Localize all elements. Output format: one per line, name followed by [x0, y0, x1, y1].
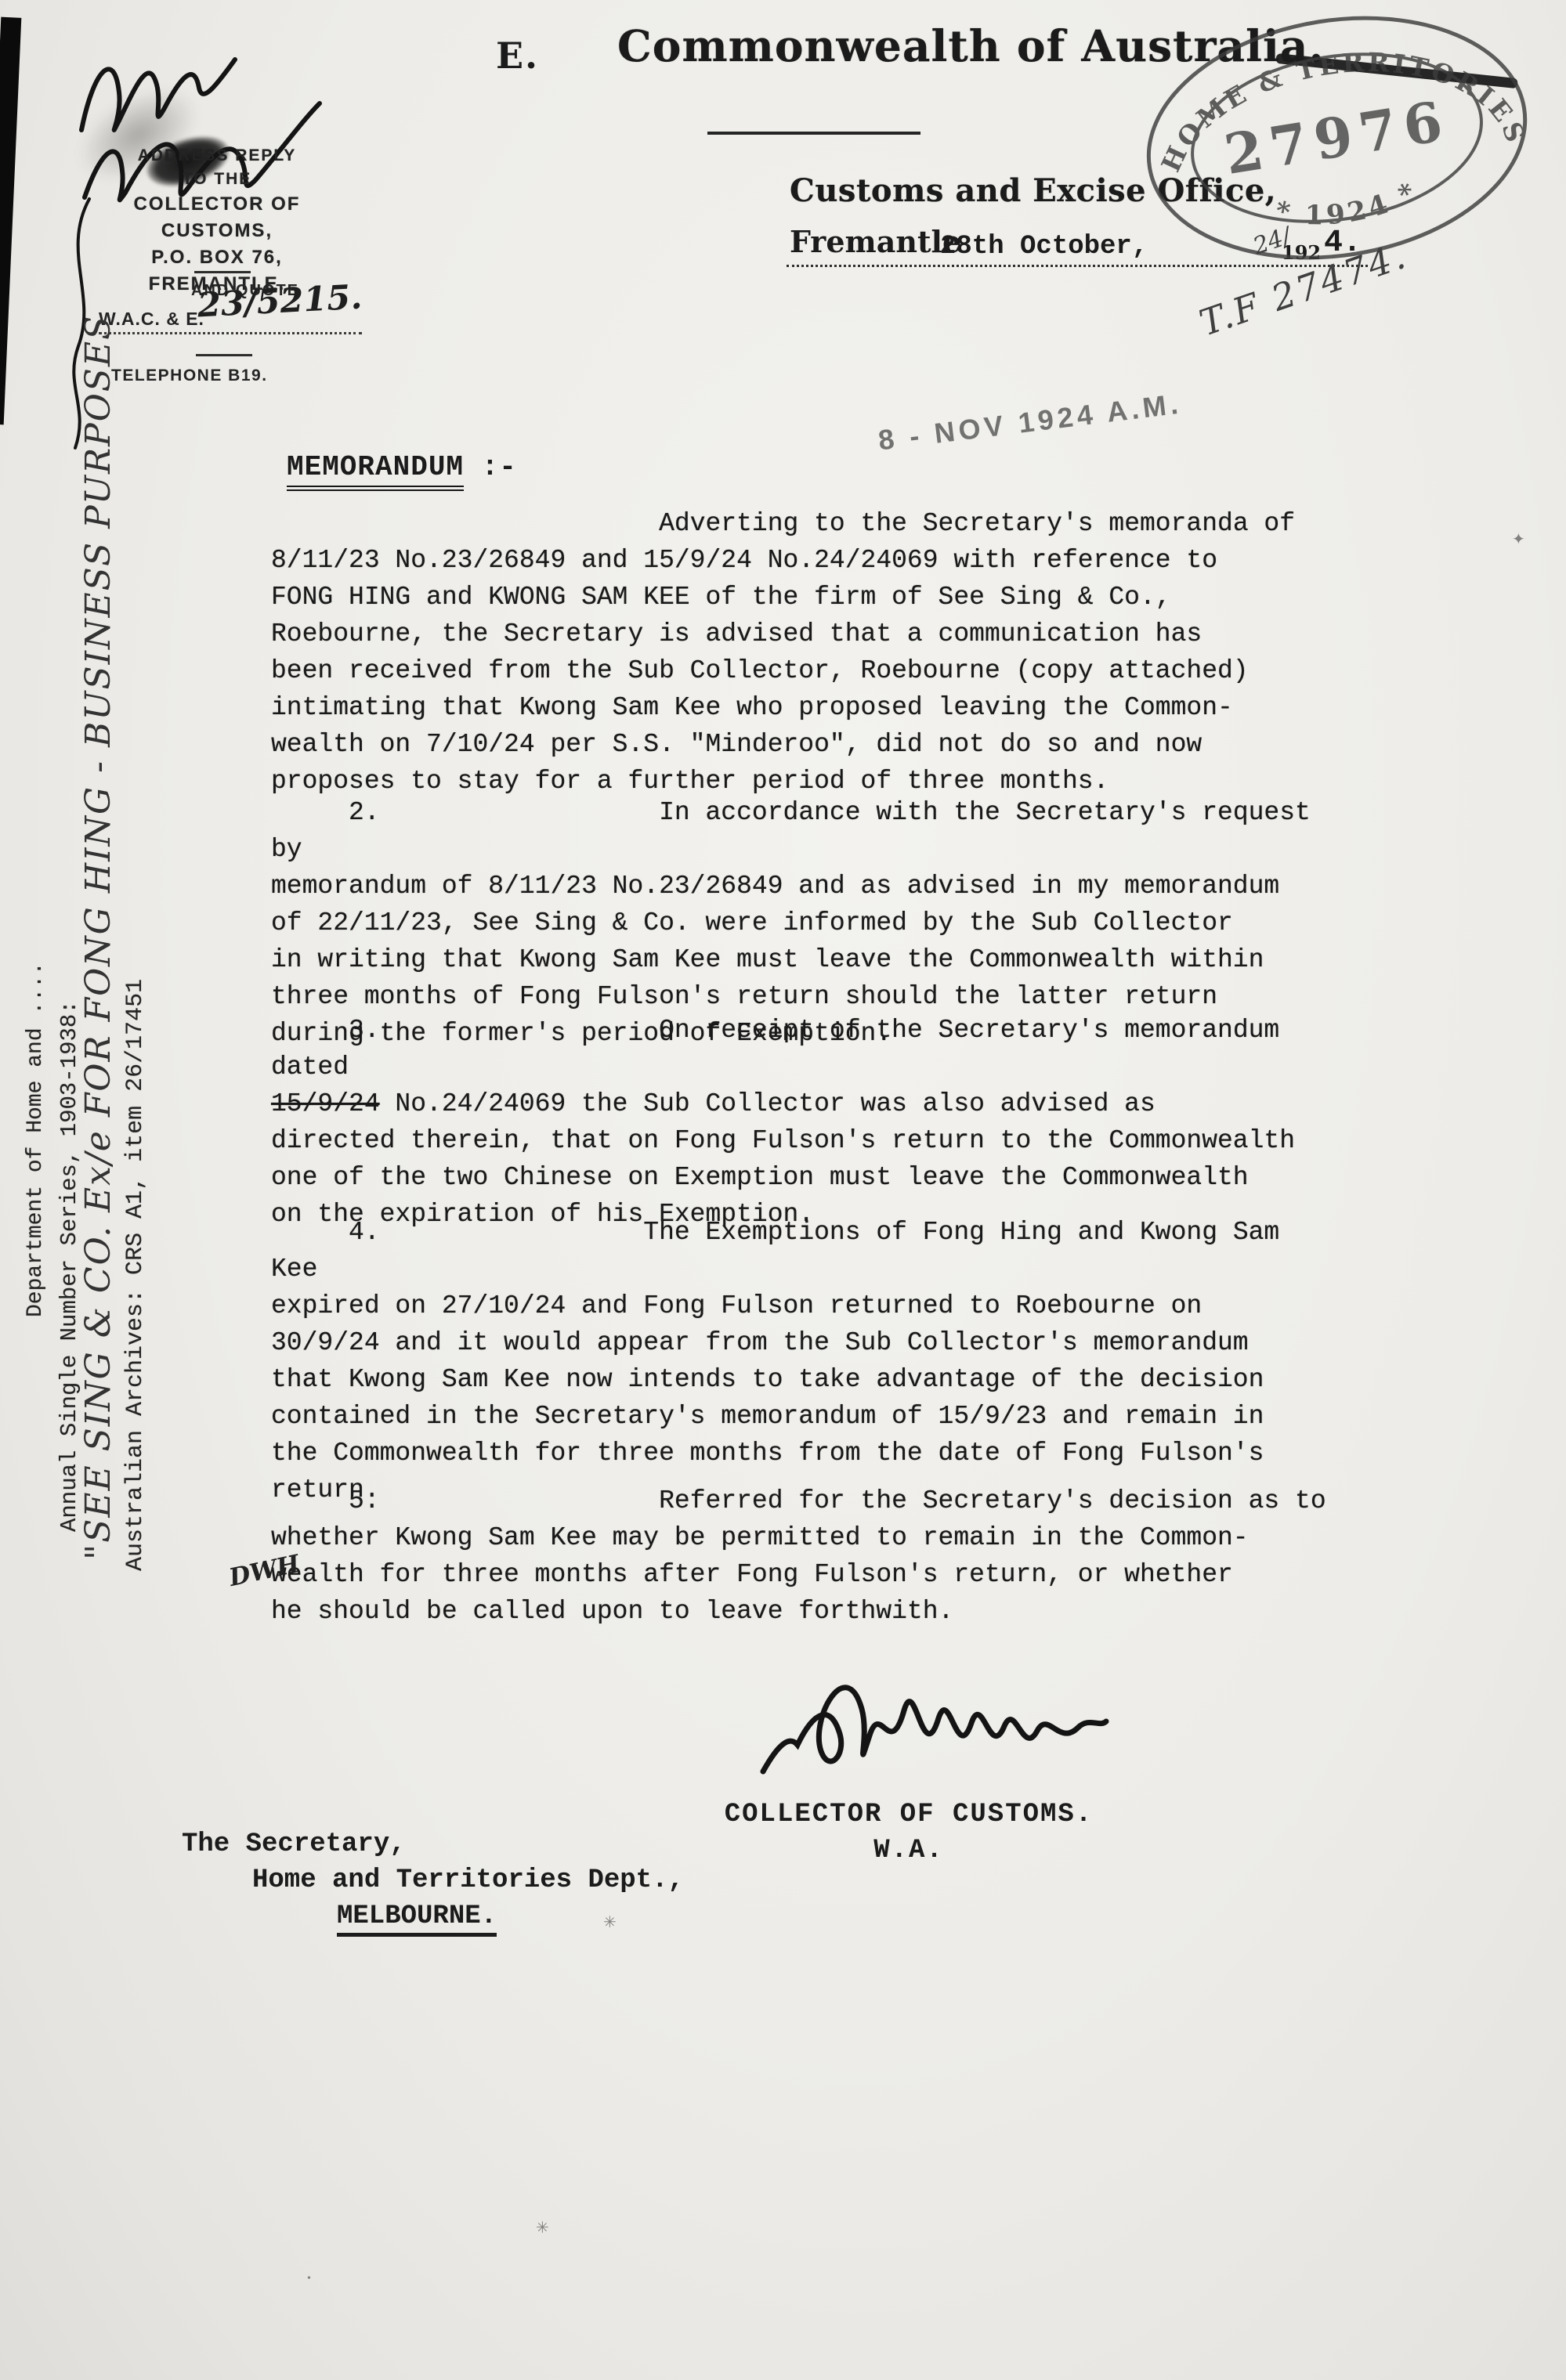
handwritten-quote-number: 23/5215. — [197, 278, 363, 326]
addressee-line-2: Home and Territories Dept., — [252, 1865, 684, 1895]
signature-region: W.A. — [642, 1836, 1175, 1865]
address-reply-line: ADDRESS REPLY — [88, 144, 346, 168]
ink-speck: ✳ — [536, 2218, 549, 2237]
archive-margin-line-1: Department of Home and .... — [24, 962, 48, 1317]
ink-speck: • — [307, 2273, 311, 2285]
addressee-line-3: MELBOURNE. — [337, 1901, 497, 1937]
paragraph-3-rest: No.24/24069 the Sub Collector was also a… — [271, 1089, 1295, 1229]
scan-edge-artifact — [0, 17, 21, 425]
quote-dotted-line — [99, 332, 362, 334]
corner-mark: E. — [496, 34, 539, 77]
paragraph-1: Adverting to the Secretary's memoranda o… — [271, 505, 1352, 800]
addressee-line-1: The Secretary, — [182, 1829, 406, 1859]
archive-margin-line-4: Australian Archives: CRS A1, item 26/174… — [122, 979, 149, 1571]
paragraph-4: 4. The Exemptions of Fong Hing and Kwong… — [271, 1214, 1352, 1508]
place-line: Fremantle — [790, 224, 961, 259]
signature-title: COLLECTOR OF CUSTOMS. — [642, 1800, 1175, 1829]
address-reply-line: P.O. BOX 76, — [88, 244, 346, 271]
telephone-line: TELEPHONE B19. — [111, 367, 268, 385]
address-reply-line: COLLECTOR OF CUSTOMS, — [88, 191, 346, 244]
scanned-memorandum-page: E. Commonwealth of Australia. ADDRESS RE… — [0, 0, 1566, 2380]
signature — [752, 1618, 1128, 1806]
address-reply-block: ADDRESS REPLY TO THE COLLECTOR OF CUSTOM… — [88, 144, 346, 298]
memorandum-heading-suffix: :- — [464, 451, 517, 483]
ink-speck: ✦ — [1512, 529, 1525, 549]
letterhead-divider — [194, 271, 251, 273]
typed-date: 28th October, — [940, 232, 1148, 262]
title-underline — [707, 132, 920, 135]
paragraph-3-start: 3. On receipt of the Secretary's memoran… — [271, 1016, 1295, 1082]
ink-speck: ✳ — [603, 1912, 617, 1932]
memorandum-heading-word: MEMORANDUM — [287, 451, 464, 491]
paragraph-3: 3. On receipt of the Secretary's memoran… — [271, 1012, 1352, 1233]
letterhead-divider — [196, 354, 252, 356]
received-date-stamp: 8 - NOV 1924 A.M. — [877, 387, 1184, 457]
struck-date: 15/9/24 — [271, 1089, 380, 1118]
paragraph-5: 5. Referred for the Secretary's decision… — [271, 1483, 1352, 1630]
address-reply-line: TO THE — [88, 168, 346, 191]
memorandum-heading: MEMORANDUM :- — [287, 451, 517, 483]
archive-margin-handwritten: "SEE SING & CO. Ex/e FOR FONG HING - BUS… — [78, 315, 118, 1560]
